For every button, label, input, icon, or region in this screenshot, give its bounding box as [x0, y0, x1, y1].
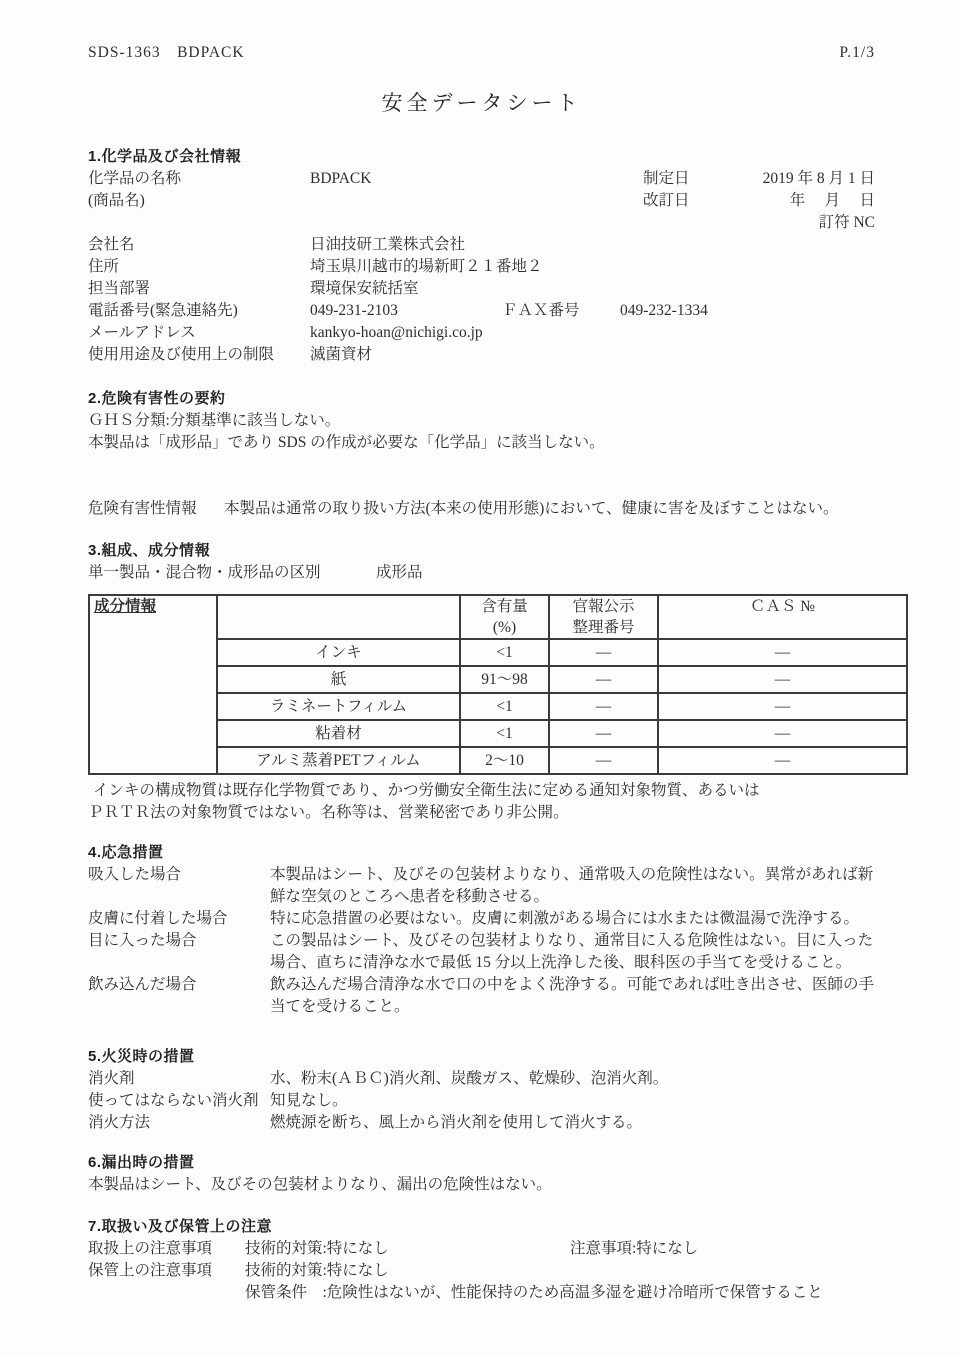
- composition-footnote-1: インキの構成物質は既存化学物質であり、かつ労働安全衛生法に定める通知対象物質、あ…: [88, 780, 875, 802]
- gazette-value: ―: [549, 666, 658, 693]
- address-label: 住所: [88, 256, 310, 278]
- fire-text: 燃焼源を断ち、風上から消火剤を使用して消火する。: [270, 1112, 882, 1134]
- category-value: 成形品: [376, 562, 423, 584]
- date-block: 制定日 2019 年 8 月 1 日 改訂日 年 月 日 訂符 NC: [643, 168, 875, 234]
- first-aid-text: 特に応急措置の必要はない。皮膚に刺激がある場合には水または微温湯で洗浄する。: [270, 908, 882, 930]
- fire-label: 使ってはならない消火剤: [88, 1090, 270, 1112]
- fire-text: 水、粉末(ＡＢＣ)消火剤、炭酸ガス、乾燥砂、泡消火剤。: [270, 1068, 882, 1090]
- page-header: SDS-1363 BDPACK P.1/3: [88, 42, 875, 64]
- first-aid-row: 飲み込んだ場合 飲み込んだ場合清浄な水で口の中をよく洗浄する。可能であれば吐き出…: [88, 974, 875, 1018]
- handling-label: [88, 1282, 245, 1304]
- department-value: 環境保安統括室: [310, 278, 875, 300]
- hazard-info-text: 本製品は通常の取り扱い方法(本来の使用形態)において、健康に害を及ぼすことはない…: [224, 498, 875, 520]
- composition-corner-label: 成分情報: [94, 598, 156, 615]
- cas-value: ―: [658, 747, 907, 774]
- component-name: 粘着材: [217, 720, 460, 747]
- phone-value: 049-231-2103: [310, 300, 502, 322]
- first-aid-row: 目に入った場合 この製品はシート、及びその包装材よりなり、通常目に入る危険性はな…: [88, 930, 875, 974]
- hazard-info-label: 危険有害性情報: [88, 498, 224, 520]
- category-row: 単一製品・混合物・成形品の区別 成形品: [88, 562, 875, 584]
- component-name: ラミネートフィルム: [217, 693, 460, 720]
- established-date-label: 制定日: [643, 168, 690, 190]
- section4-heading: 4.応急措置: [88, 842, 875, 864]
- section1-heading: 1.化学品及び会社情報: [88, 146, 875, 168]
- gazette-value: ―: [549, 639, 658, 666]
- handling-text1: 技術的対策:特になし: [245, 1238, 570, 1260]
- hazard-info-row: 危険有害性情報 本製品は通常の取り扱い方法(本来の使用形態)において、健康に害を…: [88, 498, 875, 520]
- fire-row: 消火剤 水、粉末(ＡＢＣ)消火剤、炭酸ガス、乾燥砂、泡消火剤。: [88, 1068, 875, 1090]
- component-name: アルミ蒸着PETフィルム: [217, 747, 460, 774]
- first-aid-label: 吸入した場合: [88, 864, 270, 908]
- cas-value: ―: [658, 720, 907, 747]
- first-aid-text: この製品はシート、及びその包装材よりなり、通常目に入る危険性はない。目に入った場…: [270, 930, 882, 974]
- product-sub-label: (商品名): [88, 190, 310, 212]
- email-value: kankyo-hoan@nichigi.co.jp: [310, 322, 875, 344]
- component-name: 紙: [217, 666, 460, 693]
- sds-document-page: SDS-1363 BDPACK P.1/3 安全データシート 1.化学品及び会社…: [0, 0, 960, 1357]
- department-row: 担当部署 環境保安統括室: [88, 278, 875, 300]
- section5-heading: 5.火災時の措置: [88, 1046, 875, 1068]
- cas-value: ―: [658, 693, 907, 720]
- usage-value: 滅菌資材: [310, 344, 875, 366]
- email-row: メールアドレス kankyo-hoan@nichigi.co.jp: [88, 322, 875, 344]
- handling-label: 保管上の注意事項: [88, 1260, 245, 1282]
- department-label: 担当部署: [88, 278, 310, 300]
- content-value: <1: [460, 693, 549, 720]
- first-aid-label: 目に入った場合: [88, 930, 270, 974]
- section6-heading: 6.漏出時の措置: [88, 1152, 875, 1174]
- gazette-header: 官報公示 整理番号: [549, 595, 658, 639]
- fax-value: 049-232-1334: [620, 300, 875, 322]
- established-date-value: 2019 年 8 月 1 日: [763, 168, 875, 190]
- ghs-classification-line: ＧＨＳ分類:分類基準に該当しない。: [88, 410, 875, 432]
- leakage-text: 本製品はシート、及びその包装材よりなり、漏出の危険性はない。: [88, 1174, 875, 1196]
- first-aid-row: 吸入した場合 本製品はシート、及びその包装材よりなり、通常吸入の危険性はない。異…: [88, 864, 875, 908]
- component-name-header: [217, 595, 460, 639]
- fire-text: 知見なし。: [270, 1090, 882, 1112]
- address-row: 住所 埼玉県川越市的場新町２１番地２: [88, 256, 875, 278]
- gazette-value: ―: [549, 720, 658, 747]
- content-value: 2〜10: [460, 747, 549, 774]
- fire-label: 消火剤: [88, 1068, 270, 1090]
- section7-heading: 7.取扱い及び保管上の注意: [88, 1216, 875, 1238]
- page-number: P.1/3: [839, 42, 875, 64]
- fire-label: 消火方法: [88, 1112, 270, 1134]
- article-line: 本製品は「成形品」であり SDS の作成が必要な「化学品」に該当しない。: [88, 432, 875, 454]
- cas-value: ―: [658, 666, 907, 693]
- handling-text1: 保管条件 :危険性はないが、性能保持のため高温多湿を避け冷暗所で保管すること: [245, 1282, 875, 1304]
- section1-top: 化学品の名称 (商品名) BDPACK 制定日 2019 年 8 月 1 日 改…: [88, 168, 875, 234]
- revision-mark: 訂符 NC: [643, 212, 875, 234]
- handling-row: 取扱上の注意事項 技術的対策:特になし 注意事項:特になし: [88, 1238, 875, 1260]
- product-name-label: 化学品の名称: [88, 168, 310, 190]
- address-value: 埼玉県川越市的場新町２１番地２: [310, 256, 875, 278]
- company-label: 会社名: [88, 234, 310, 256]
- document-title: 安全データシート: [88, 88, 875, 118]
- fire-row: 消火方法 燃焼源を断ち、風上から消火剤を使用して消火する。: [88, 1112, 875, 1134]
- cas-value: ―: [658, 639, 907, 666]
- section3-heading: 3.組成、成分情報: [88, 540, 875, 562]
- email-label: メールアドレス: [88, 322, 310, 344]
- content-value: 91〜98: [460, 666, 549, 693]
- composition-footnote-2: ＰＲＴＲ法の対象物質ではない。名称等は、営業秘密であり非公開。: [88, 802, 875, 824]
- section2-heading: 2.危険有害性の要約: [88, 388, 875, 410]
- company-row: 会社名 日油技研工業株式会社: [88, 234, 875, 256]
- content-value: <1: [460, 720, 549, 747]
- first-aid-text: 本製品はシート、及びその包装材よりなり、通常吸入の危険性はない。異常があれば新鮮…: [270, 864, 882, 908]
- content-value: <1: [460, 639, 549, 666]
- fax-label: ＦＡＸ番号: [502, 300, 620, 322]
- phone-label: 電話番号(緊急連絡先): [88, 300, 310, 322]
- handling-row: 保管条件 :危険性はないが、性能保持のため高温多湿を避け冷暗所で保管すること: [88, 1282, 875, 1304]
- composition-table: 成分情報 含有量 (%) 官報公示 整理番号 ＣＡＳ № インキ <1 ― ― …: [88, 594, 908, 775]
- usage-row: 使用用途及び使用上の制限 滅菌資材: [88, 344, 875, 366]
- content-header: 含有量 (%): [460, 595, 549, 639]
- product-name-value: BDPACK: [310, 168, 643, 234]
- first-aid-row: 皮膚に付着した場合 特に応急措置の必要はない。皮膚に刺激がある場合には水または微…: [88, 908, 875, 930]
- component-name: インキ: [217, 639, 460, 666]
- cas-header: ＣＡＳ №: [658, 595, 907, 639]
- gazette-value: ―: [549, 693, 658, 720]
- handling-text1: 技術的対策:特になし: [245, 1260, 570, 1282]
- handling-label: 取扱上の注意事項: [88, 1238, 245, 1260]
- company-value: 日油技研工業株式会社: [310, 234, 875, 256]
- revised-date-value: 年 月 日: [790, 190, 875, 212]
- first-aid-label: 飲み込んだ場合: [88, 974, 270, 1018]
- table-header-row: 成分情報 含有量 (%) 官報公示 整理番号 ＣＡＳ №: [89, 595, 907, 639]
- first-aid-text: 飲み込んだ場合清浄な水で口の中をよく洗浄する。可能であれば吐き出させ、医師の手当…: [270, 974, 882, 1018]
- fire-row: 使ってはならない消火剤 知見なし。: [88, 1090, 875, 1112]
- category-label: 単一製品・混合物・成形品の区別: [88, 562, 376, 584]
- gazette-value: ―: [549, 747, 658, 774]
- revised-date-label: 改訂日: [643, 190, 690, 212]
- handling-text2: 注意事項:特になし: [570, 1238, 698, 1260]
- usage-label: 使用用途及び使用上の制限: [88, 344, 310, 366]
- doc-id: SDS-1363 BDPACK: [88, 42, 245, 64]
- first-aid-label: 皮膚に付着した場合: [88, 908, 270, 930]
- handling-row: 保管上の注意事項 技術的対策:特になし: [88, 1260, 875, 1282]
- phone-row: 電話番号(緊急連絡先) 049-231-2103 ＦＡＸ番号 049-232-1…: [88, 300, 875, 322]
